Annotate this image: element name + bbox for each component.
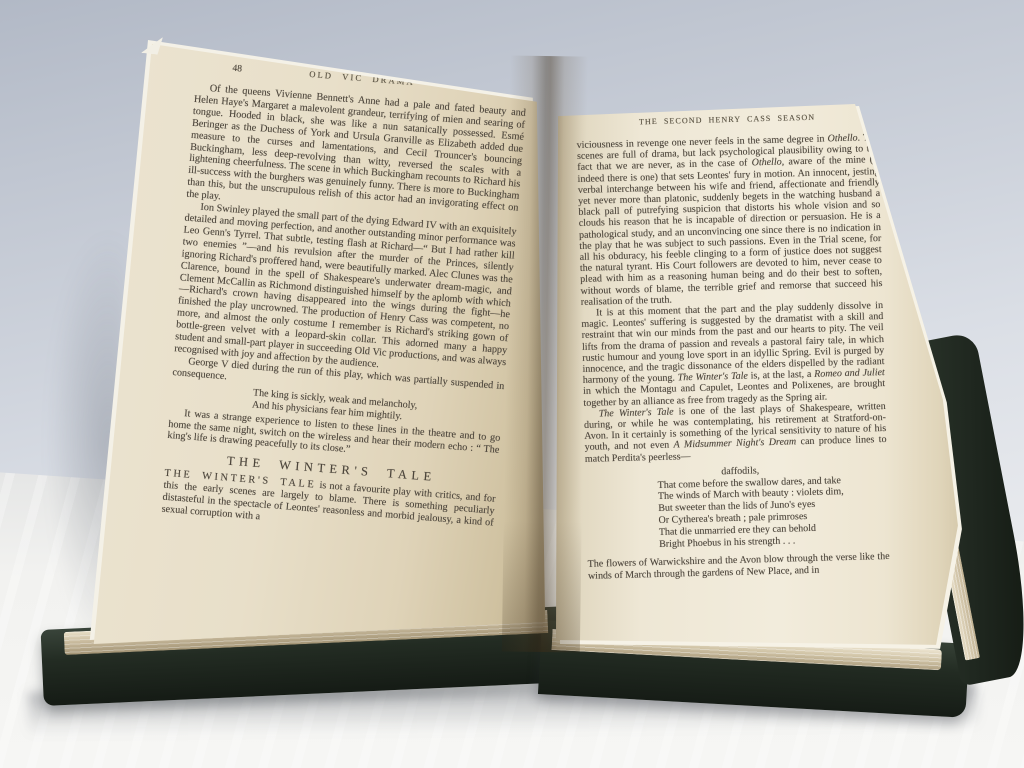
running-header-right: THE SECOND HENRY CASS SEASON bbox=[639, 113, 815, 127]
photo-of-open-book: 48 OLD VIC DRAMA Of the queens Vivienne … bbox=[0, 0, 1024, 768]
paragraph: It is at this moment that the part and t… bbox=[581, 300, 886, 409]
right-page: THE SECOND HENRY CASS SEASON 49 viciousn… bbox=[548, 98, 968, 646]
paragraph: The Winter's Tale is one of the last pla… bbox=[584, 401, 887, 465]
left-page: 48 OLD VIC DRAMA Of the queens Vivienne … bbox=[85, 40, 547, 652]
page-number-right: 49 bbox=[864, 110, 874, 121]
page-number-left: 48 bbox=[232, 63, 242, 76]
right-page-text: THE SECOND HENRY CASS SEASON 49 viciousn… bbox=[576, 110, 890, 582]
poem-quote: daffodils, That come before the swallow … bbox=[657, 462, 889, 551]
paragraph: The flowers of Warwickshire and the Avon… bbox=[588, 551, 890, 581]
left-page-text: 48 OLD VIC DRAMA Of the queens Vivienne … bbox=[161, 60, 528, 542]
right-page-header-line: THE SECOND HENRY CASS SEASON 49 bbox=[576, 110, 878, 131]
paragraph-text: is not a favourite play with critics, an… bbox=[161, 480, 496, 529]
paragraph: Ion Swinley played the small part of the… bbox=[174, 201, 517, 381]
paragraph: viciousness in revenge one never feels i… bbox=[577, 132, 883, 308]
